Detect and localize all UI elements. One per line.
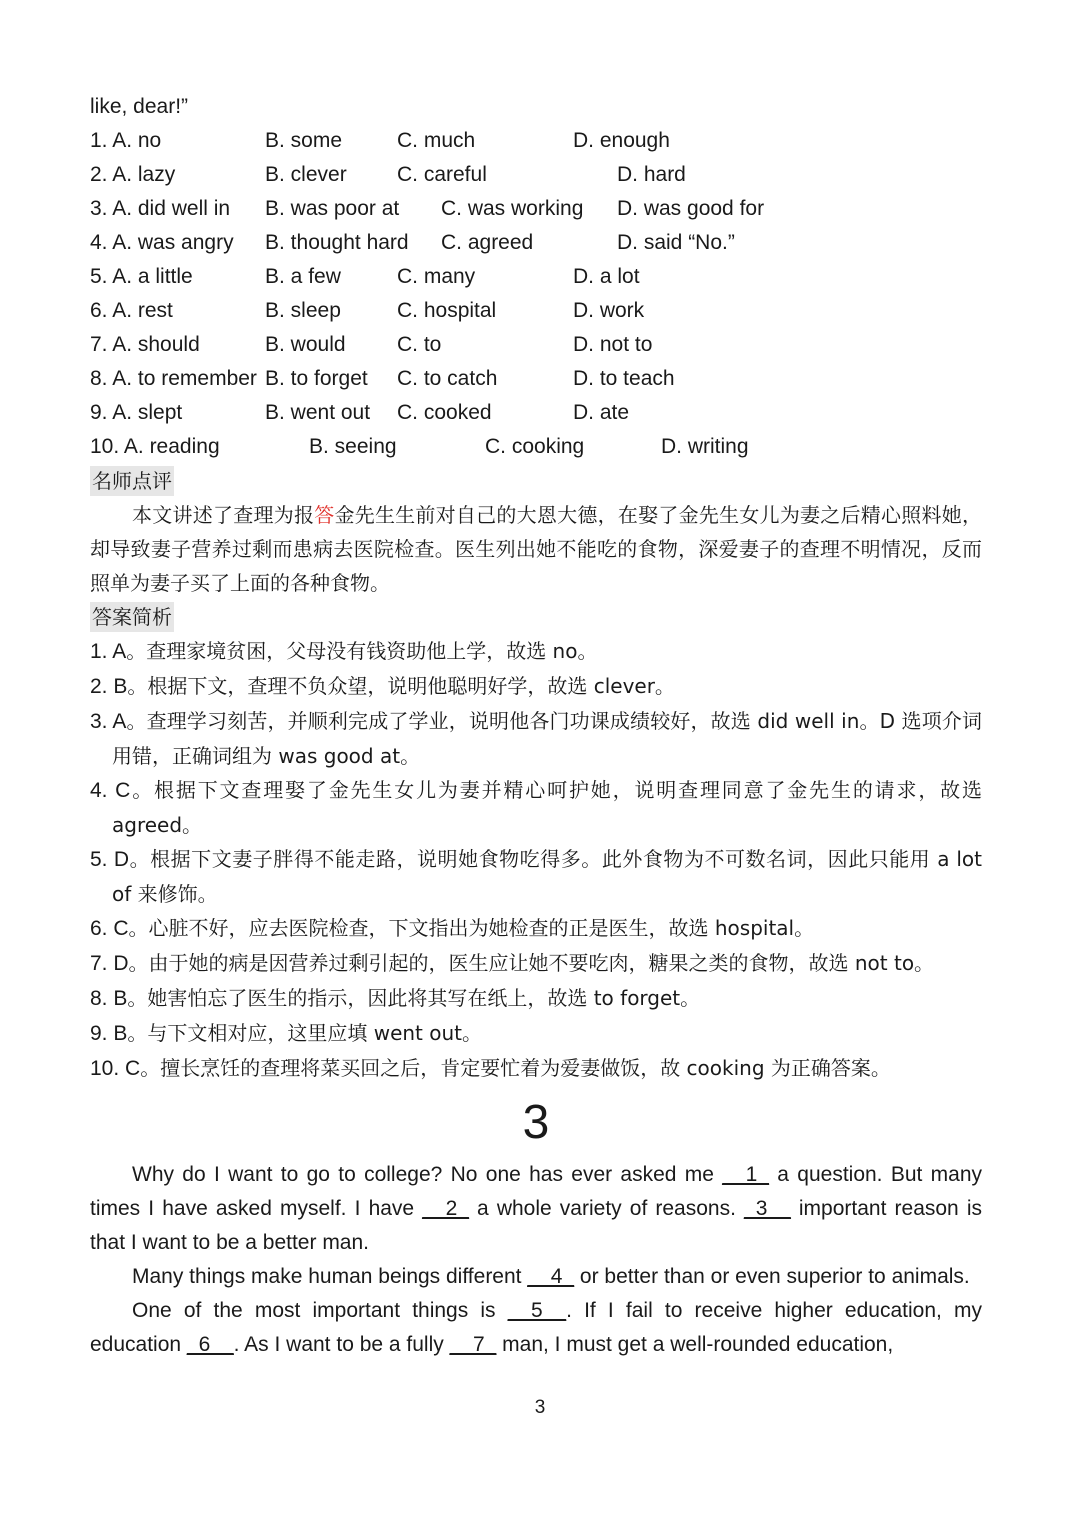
answer-key: 10. C [90,1057,140,1080]
option-number: 9. [90,401,108,424]
blank-6: _6__ [187,1333,234,1356]
option-d: D. ate [573,396,629,430]
review-text: 本文讲述了查理为报答金先生生前对自己的大恩大德，在娶了金先生女儿为妻之后精心照料… [90,498,982,600]
page-number: 3 [0,1397,1080,1419]
option-b: B. clever [265,158,347,192]
passage-text: man, I must get a well-rounded education… [496,1333,893,1356]
answer-key: 8. B [90,987,127,1010]
passage-heading: 3 [90,1088,982,1158]
blank-7: __7_ [450,1333,497,1356]
answer-item-1: 1. A。查理家境贫困，父母没有钱资助他上学，故选 no。 [90,634,982,669]
blank-2: __2_ [422,1197,469,1220]
option-b: B. thought hard [265,226,409,260]
answer-explanation: 。根据下文查理娶了金先生女儿为妻并精心呵护她，说明查理同意了金先生的请求，故选 … [112,778,982,837]
option-a-text: A. lazy [112,163,175,186]
option-b: B. a few [265,260,341,294]
option-a-text: A. rest [112,299,173,322]
answer-item-8: 8. B。她害怕忘了医生的指示，因此将其写在纸上，故选 to forget。 [90,981,982,1016]
option-a: 10. A. reading [90,430,220,464]
continuation-text: like, dear!” [90,90,982,124]
option-a-text: A. reading [124,435,220,458]
option-number: 3. [90,197,108,220]
option-row-4: 4. A. was angry B. thought hard C. agree… [90,226,982,260]
analysis-section: 答案简析 1. A。查理家境贫困，父母没有钱资助他上学，故选 no。 2. B。… [90,600,982,1086]
option-row-3: 3. A. did well in B. was poor at C. was … [90,192,982,226]
option-a: 9. A. slept [90,396,182,430]
option-row-5: 5. A. a little B. a few C. many D. a lot [90,260,982,294]
answer-explanation: 。与下文相对应，这里应填 went out。 [127,1021,482,1045]
option-b: B. some [265,124,342,158]
option-b: B. seeing [309,430,397,464]
blank-4: __4_ [527,1265,574,1288]
answer-item-6: 6. C。心脏不好，应去医院检查，下文指出为她检查的正是医生，故选 hospit… [90,911,982,946]
option-a: 3. A. did well in [90,192,230,226]
option-a: 2. A. lazy [90,158,175,192]
passage-text: Why do I want to go to college? No one h… [132,1163,722,1186]
option-a-text: A. to remember [112,367,257,390]
answer-key: 6. C [90,917,129,940]
review-text-part: 本文讲述了查理为报 [132,503,314,527]
passage-text: Many things make human beings different [132,1265,527,1288]
option-d: D. a lot [573,260,640,294]
answer-item-3: 3. A。查理学习刻苦，并顺利完成了学业，说明他各门功课成绩较好，故选 did … [90,704,982,773]
answer-explanation: 。根据下文，查理不负众望，说明他聪明好学，故选 clever。 [127,674,675,698]
option-c: C. agreed [441,226,533,260]
answer-explanation: 。由于她的病是因营养过剩引起的，医生应让她不要吃肉，糖果之类的食物，故选 not… [129,951,935,975]
option-number: 7. [90,333,108,356]
answer-explanation: 。擅长烹饪的查理将菜买回之后，肯定要忙着为爱妻做饭，故 cooking 为正确答… [140,1056,891,1080]
option-a-text: A. slept [112,401,182,424]
review-label: 名师点评 [90,466,174,496]
answer-explanation: 。查理学习刻苦，并顺利完成了学业，说明他各门功课成绩较好，故选 did well… [112,709,982,768]
option-a: 4. A. was angry [90,226,234,260]
option-a-text: A. should [112,333,200,356]
review-section: 名师点评 本文讲述了查理为报答金先生生前对自己的大恩大德，在娶了金先生女儿为妻之… [90,464,982,600]
option-number: 2. [90,163,108,186]
passage-paragraph-1: Why do I want to go to college? No one h… [90,1158,982,1260]
option-row-9: 9. A. slept B. went out C. cooked D. ate [90,396,982,430]
option-a-text: A. did well in [112,197,230,220]
option-number: 10. [90,435,119,458]
option-row-10: 10. A. reading B. seeing C. cooking D. w… [90,430,982,464]
option-row-1: 1. A. no B. some C. much D. enough [90,124,982,158]
answer-key: 7. D [90,952,129,975]
passage-text: . As I want to be a fully [234,1333,450,1356]
option-a: 8. A. to remember [90,362,257,396]
option-number: 8. [90,367,108,390]
option-b: B. sleep [265,294,341,328]
review-highlight-char: 答 [314,503,334,527]
option-d: D. writing [661,430,749,464]
option-a-text: A. a little [112,265,193,288]
option-a: 6. A. rest [90,294,173,328]
option-d: D. not to [573,328,652,362]
option-a-text: A. was angry [112,231,233,254]
option-row-8: 8. A. to remember B. to forget C. to cat… [90,362,982,396]
option-d: D. was good for [617,192,764,226]
analysis-label: 答案简析 [90,602,174,632]
answer-item-10: 10. C。擅长烹饪的查理将菜买回之后，肯定要忙着为爱妻做饭，故 cooking… [90,1051,982,1086]
option-row-2: 2. A. lazy B. clever C. careful D. hard [90,158,982,192]
answer-explanation: 。查理家境贫困，父母没有钱资助他上学，故选 no。 [126,639,597,663]
answer-explanation: 。她害怕忘了医生的指示，因此将其写在纸上，故选 to forget。 [127,986,700,1010]
blank-1: __1_ [722,1163,769,1186]
answer-item-4: 4. C。根据下文查理娶了金先生女儿为妻并精心呵护她，说明查理同意了金先生的请求… [90,773,982,842]
option-number: 5. [90,265,108,288]
option-d: D. enough [573,124,670,158]
option-a: 7. A. should [90,328,200,362]
answer-item-2: 2. B。根据下文，查理不负众望，说明他聪明好学，故选 clever。 [90,669,982,704]
option-c: C. many [397,260,475,294]
answer-explanation: 。根据下文妻子胖得不能走路，说明她食物吃得多。此外食物为不可数名词，因此只能用 … [112,847,982,906]
option-a: 1. A. no [90,124,161,158]
answer-key: 1. A [90,640,126,663]
option-c: C. careful [397,158,487,192]
option-c: C. to [397,328,441,362]
option-b: B. to forget [265,362,368,396]
option-row-7: 7. A. should B. would C. to D. not to [90,328,982,362]
option-row-6: 6. A. rest B. sleep C. hospital D. work [90,294,982,328]
blank-3: _3__ [744,1197,791,1220]
option-c: C. hospital [397,294,496,328]
answer-key: 5. D [90,848,129,871]
passage-3-section: 3 Why do I want to go to college? No one… [90,1088,982,1362]
answer-key: 9. B [90,1022,127,1045]
passage-text: or better than or even superior to anima… [574,1265,970,1288]
option-number: 4. [90,231,108,254]
option-b: B. went out [265,396,370,430]
answer-key: 2. B [90,675,127,698]
passage-text: a whole variety of reasons. [469,1197,744,1220]
option-number: 6. [90,299,108,322]
option-c: C. much [397,124,475,158]
answer-explanation: 。心脏不好，应去医院检查，下文指出为她检查的正是医生，故选 hospital。 [129,916,815,940]
document-page: like, dear!” 1. A. no B. some C. much D.… [90,90,982,1362]
option-d: D. work [573,294,644,328]
option-d: D. said “No.” [617,226,735,260]
passage-paragraph-3: One of the most important things is __5_… [90,1294,982,1362]
option-b: B. would [265,328,346,362]
option-b: B. was poor at [265,192,399,226]
answer-item-5: 5. D。根据下文妻子胖得不能走路，说明她食物吃得多。此外食物为不可数名词，因此… [90,842,982,911]
option-c: C. cooked [397,396,492,430]
option-d: D. to teach [573,362,675,396]
answer-item-7: 7. D。由于她的病是因营养过剩引起的，医生应让她不要吃肉，糖果之类的食物，故选… [90,946,982,981]
option-a-text: A. no [112,129,161,152]
option-number: 1. [90,129,108,152]
blank-5: __5__ [508,1299,566,1322]
passage-text: One of the most important things is [132,1299,508,1322]
option-c: C. was working [441,192,583,226]
options-list: 1. A. no B. some C. much D. enough 2. A.… [90,124,982,464]
answer-item-9: 9. B。与下文相对应，这里应填 went out。 [90,1016,982,1051]
passage-paragraph-2: Many things make human beings different … [90,1260,982,1294]
option-c: C. cooking [485,430,584,464]
option-a: 5. A. a little [90,260,193,294]
option-d: D. hard [617,158,686,192]
answer-key: 3. A [90,710,126,733]
option-c: C. to catch [397,362,497,396]
answer-key: 4. C [90,779,130,802]
